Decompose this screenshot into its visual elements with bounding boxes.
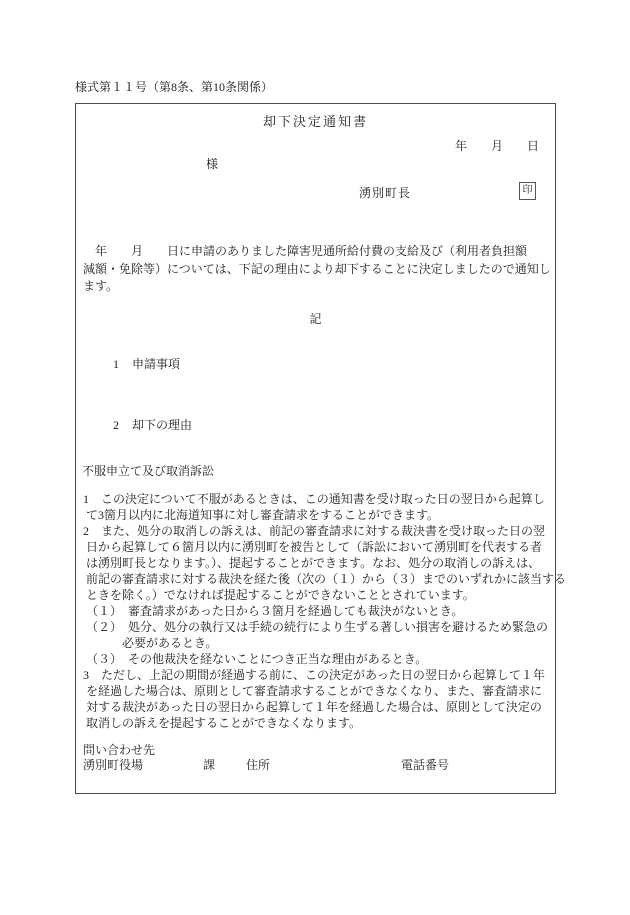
- notice-title: 却下決定通知書: [76, 111, 555, 130]
- document-page: 様式第１１号（第8条、第10条関係） 却下決定通知書 年 月 日 様 湧別町長 …: [0, 0, 630, 915]
- issue-date-line: 年 月 日: [455, 137, 539, 154]
- listed-item-application: 1申請事項: [95, 340, 180, 387]
- form-number-label: 様式第１１号（第8条、第10条関係）: [75, 78, 273, 95]
- sender-title: 湧別町長: [359, 184, 411, 201]
- contact-row: 湧別町役場 課 住所 電話番号: [76, 756, 555, 772]
- seal-stamp-box: 印: [519, 182, 536, 200]
- contact-department-label: 課: [203, 756, 215, 773]
- listed-item-rejection-reason: 2却下の理由: [95, 401, 192, 448]
- contact-office-name: 湧別町役場: [83, 756, 143, 773]
- notice-frame: 却下決定通知書 年 月 日 様 湧別町長 印 年 月 日に申請のありました障害児…: [75, 103, 556, 794]
- appeal-section-heading: 不服申立て及び取消訴訟: [82, 462, 214, 479]
- item-label: 申請事項: [132, 357, 180, 371]
- addressee-suffix: 様: [206, 155, 218, 172]
- item-number: 2: [113, 418, 119, 432]
- notice-body-paragraph: 年 月 日に申請のありました障害児通所給付費の支給及び（利用者負担額 減額・免除…: [83, 243, 551, 296]
- record-marker: 記: [76, 310, 555, 327]
- appeal-section-body: 1 この決定について不服があるときは、この通知書を受け取った日の翌日から起算し …: [83, 491, 566, 731]
- contact-address-label: 住所: [246, 756, 270, 773]
- contact-phone-label: 電話番号: [401, 756, 449, 773]
- item-number: 1: [113, 357, 119, 371]
- item-label: 却下の理由: [132, 418, 192, 432]
